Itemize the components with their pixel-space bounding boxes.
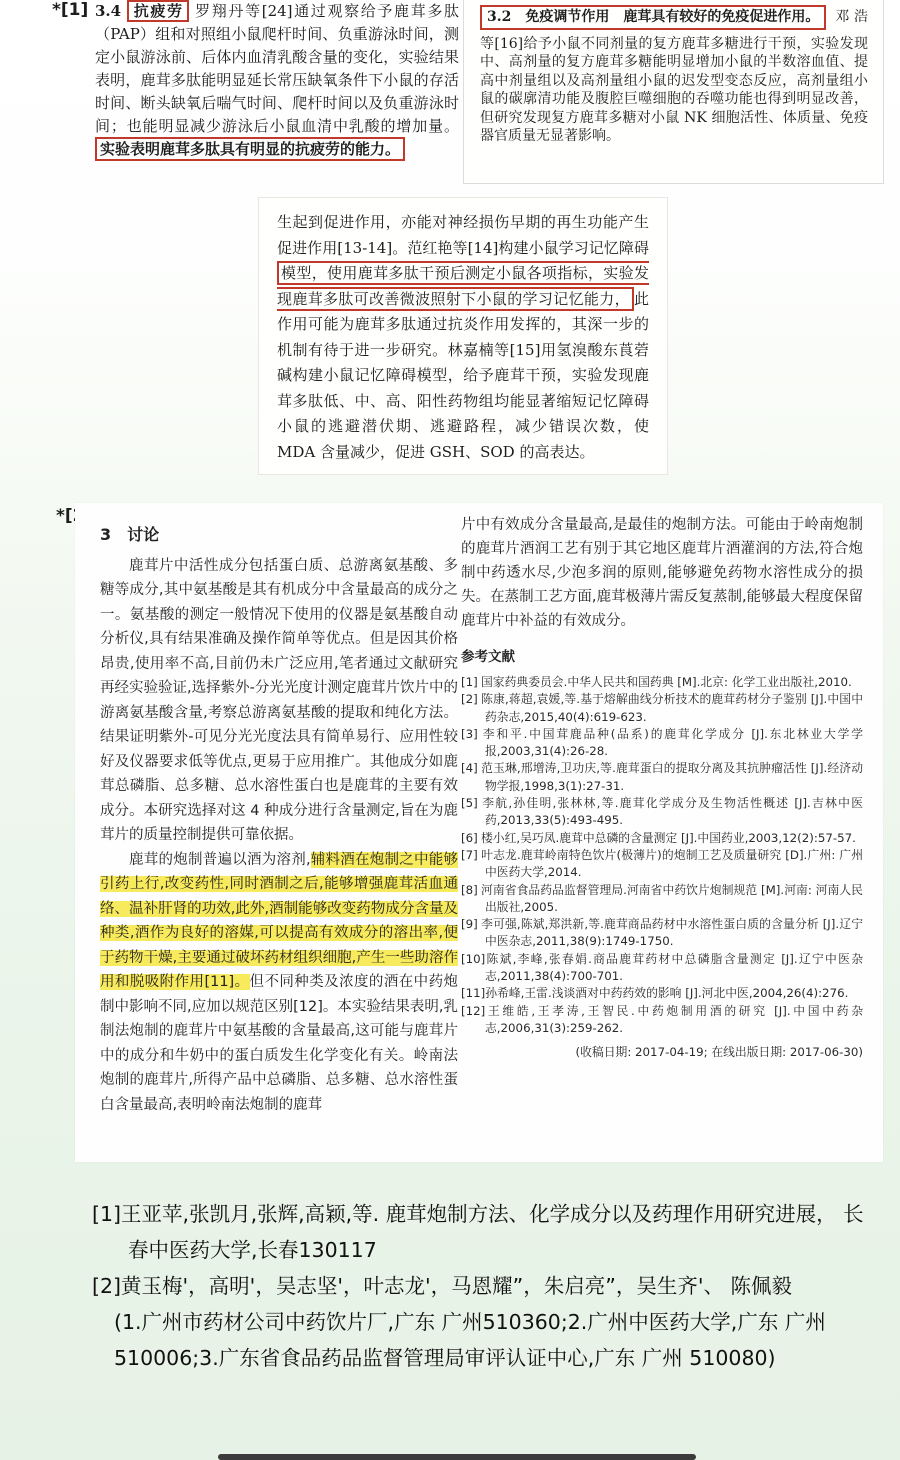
reference-item: [12]王维皓,王孝涛,王智民.中药炮制用酒的研究 [J].中国中药杂志,200…: [461, 1003, 863, 1038]
red-annotation-box-term: 抗疲劳: [127, 0, 189, 22]
reference-number: [9]: [461, 916, 481, 933]
reference-item: [2]陈康,蒋超,袁媛,等.基于熔解曲线分析技术的鹿茸药材分子鉴别 [J].中国…: [461, 691, 863, 726]
reference-number: [6]: [461, 830, 481, 847]
reference-text: 叶志龙.鹿茸岭南特色饮片(极薄片)的炮制工艺及质量研究 [D].广州: 广州中医…: [481, 848, 863, 879]
reference-text: 李和平.中国茸鹿品种(品系)的鹿茸化学成分 [J].东北林业大学学报,2003,…: [481, 727, 863, 758]
red-annotation-box-conclusion: 实验表明鹿茸多肽具有明显的抗疲劳的能力。: [95, 137, 405, 161]
citation-text: 王亚苹,张凯月,张辉,高颖,等. 鹿茸炮制方法、化学成分以及药理作用研究进展， …: [121, 1202, 864, 1262]
excerpt2-card: 3 讨论 鹿茸片中活性成分包括蛋白质、总游离氨基酸、多糖等成分,其中氨基酸是其有…: [75, 503, 883, 1162]
citation-authors-line: [2]黄玉梅'，高明'，吴志坚'，叶志龙'，马恩耀”，朱启亮”，吴生齐'、 陈佩…: [92, 1268, 880, 1304]
citation-number: [2]: [92, 1274, 121, 1298]
middle-paragraph-pre: 生起到促进作用，亦能对神经损伤早期的再生功能产生促进作用[13-14]。范红艳等…: [277, 213, 649, 257]
references-heading: 参考文献: [461, 645, 863, 669]
source-citations: [1]王亚苹,张凯月,张辉,高颖,等. 鹿茸炮制方法、化学成分以及药理作用研究进…: [92, 1196, 880, 1376]
middle-paragraph-post: 此作用可能为鹿茸多肽通过抗炎作用发挥的，其深一步的机制有待于进一步研究。林嘉楠等…: [277, 290, 649, 461]
excerpt1-left-column: 3.4抗疲劳 罗翔丹等[24]通过观察给予鹿茸多肽（PAP）组和对照组小鼠爬杆时…: [95, 0, 459, 161]
reference-item: [11]孙希峰,王雷.浅谈酒对中药药效的影响 [J].河北中医,2004,26(…: [461, 985, 863, 1002]
excerpt1-middle-box: 生起到促进作用，亦能对神经损伤早期的再生功能产生促进作用[13-14]。范红艳等…: [258, 197, 668, 475]
red-annotation-box-heading: 3.2 免疫调节作用 鹿茸具有较好的免疫促进作用。: [480, 5, 826, 30]
reference-number: [1]: [461, 674, 481, 691]
citation-affiliations-line: (1.广州市药材公司中药饮片厂,广东 广州510360;2.广州中医药大学,广东…: [92, 1304, 880, 1376]
reference-item: [4]范玉琳,邢增涛,卫功庆,等.鹿茸蛋白的提取分离及其抗肿瘤活性 [J].经济…: [461, 760, 863, 795]
reference-text: 李可强,陈斌,郑洪新,等.鹿茸商品药材中水溶性蛋白质的含量分析 [J].辽宁中医…: [481, 917, 863, 948]
reference-text: 孙希峰,王雷.浅谈酒对中药药效的影响 [J].河北中医,2004,26(4):2…: [485, 986, 848, 1000]
reference-number: [7]: [461, 847, 481, 864]
reference-number: [4]: [461, 760, 481, 777]
paragraph2-post: 但不同种类及浓度的酒在中药炮制中影响不同,应加以规范区别[12]。本实验结果表明…: [100, 974, 458, 1113]
reference-item: [10]陈斌,李峰,张春娟.商品鹿茸药材中总磷脂含量测定 [J].辽宁中医杂志,…: [461, 951, 863, 986]
reference-item: [3]李和平.中国茸鹿品种(品系)的鹿茸化学成分 [J].东北林业大学学报,20…: [461, 726, 863, 761]
red-annotation-box-middle: 模型，使用鹿茸多肽干预后测定小鼠各项指标，实验发现鹿茸多肽可改善微波照射下小鼠的…: [277, 261, 649, 311]
reference-item: [8]河南省食品药品监督管理局.河南省中药饮片炮制规范 [M].河南: 河南人民…: [461, 882, 863, 917]
reference-text: 陈斌,李峰,张春娟.商品鹿茸药材中总磷脂含量测定 [J].辽宁中医杂志,2011…: [485, 952, 863, 983]
reference-number: [11]: [461, 985, 485, 1002]
reference-number: [12]: [461, 1003, 485, 1020]
excerpt1-right-box: 3.2 免疫调节作用 鹿茸具有较好的免疫促进作用。 邓浩等[16]给予小鼠不同剂…: [463, 0, 884, 184]
yellow-highlight-text: 辅料酒在炮制之中能够引药上行,改变药性,同时酒制之后,能够增强鹿茸活血通络、温补…: [100, 852, 458, 991]
reference-item: [1]国家药典委员会.中华人民共和国药典 [M].北京: 化学工业出版社,201…: [461, 674, 863, 691]
reference-item: [6]楼小红,吴巧凤.鹿茸中总磷的含量测定 [J].中国药业,2003,12(2…: [461, 830, 863, 847]
excerpt2-right-column: 片中有效成分含量最高,是最佳的炮制方法。可能由于岭南炮制的鹿茸片酒润工艺有别于其…: [461, 513, 863, 1064]
excerpt2-left-column: 3 讨论 鹿茸片中活性成分包括蛋白质、总游离氨基酸、多糖等成分,其中氨基酸是其有…: [100, 523, 458, 1117]
discussion-heading: 3 讨论: [100, 523, 458, 548]
reference-text: 陈康,蒋超,袁媛,等.基于熔解曲线分析技术的鹿茸药材分子鉴别 [J].中国中药杂…: [481, 692, 863, 723]
received-dates-line: (收稿日期: 2017-04-19; 在线出版日期: 2017-06-30): [461, 1040, 863, 1064]
excerpt1-marker: *[1]: [52, 0, 88, 20]
bottom-shadow-bar: [218, 1454, 696, 1460]
citation-number: [1]: [92, 1202, 121, 1226]
discussion-paragraph-2: 鹿茸的炮制普遍以酒为溶剂,辅料酒在炮制之中能够引药上行,改变药性,同时酒制之后,…: [100, 848, 458, 1118]
reference-text: 李航,孙佳明,张林林,等.鹿茸化学成分及生物活性概述 [J].吉林中医药,201…: [481, 796, 863, 827]
citation-item-1: [1]王亚苹,张凯月,张辉,高颖,等. 鹿茸炮制方法、化学成分以及药理作用研究进…: [92, 1196, 880, 1268]
citation-text: 黄玉梅'，高明'，吴志坚'，叶志龙'，马恩耀”，朱启亮”，吴生齐'、 陈佩毅: [121, 1274, 792, 1298]
reference-number: [8]: [461, 882, 481, 899]
reference-number: [5]: [461, 795, 481, 812]
reference-text: 范玉琳,邢增涛,卫功庆,等.鹿茸蛋白的提取分离及其抗肿瘤活性 [J].经济动物学…: [481, 761, 863, 792]
citation-item-2: [2]黄玉梅'，高明'，吴志坚'，叶志龙'，马恩耀”，朱启亮”，吴生齐'、 陈佩…: [92, 1268, 880, 1376]
reference-item: [7]叶志龙.鹿茸岭南特色饮片(极薄片)的炮制工艺及质量研究 [D].广州: 广…: [461, 847, 863, 882]
reference-text: 楼小红,吴巧凤.鹿茸中总磷的含量测定 [J].中国药业,2003,12(2):5…: [481, 831, 856, 845]
reference-text: 国家药典委员会.中华人民共和国药典 [M].北京: 化学工业出版社,2010.: [481, 675, 852, 689]
document-page: *[1] 3.4抗疲劳 罗翔丹等[24]通过观察给予鹿茸多肽（PAP）组和对照组…: [0, 0, 900, 1460]
reference-item: [9]李可强,陈斌,郑洪新,等.鹿茸商品药材中水溶性蛋白质的含量分析 [J].辽…: [461, 916, 863, 951]
reference-item: [5]李航,孙佳明,张林林,等.鹿茸化学成分及生物活性概述 [J].吉林中医药,…: [461, 795, 863, 830]
reference-text: 河南省食品药品监督管理局.河南省中药饮片炮制规范 [M].河南: 河南人民出版社…: [481, 883, 863, 914]
reference-text: 王维皓,王孝涛,王智民.中药炮制用酒的研究 [J].中国中药杂志,2006,31…: [485, 1004, 863, 1035]
reference-number: [10]: [461, 951, 485, 968]
discussion-paragraph-1: 鹿茸片中活性成分包括蛋白质、总游离氨基酸、多糖等成分,其中氨基酸是其有机成分中含…: [100, 554, 458, 848]
section-number: 3.4: [95, 2, 121, 20]
reference-number: [2]: [461, 691, 481, 708]
reference-number: [3]: [461, 726, 481, 743]
discussion-paragraph-3: 片中有效成分含量最高,是最佳的炮制方法。可能由于岭南炮制的鹿茸片酒润工艺有别于其…: [461, 513, 863, 633]
paragraph2-pre: 鹿茸的炮制普遍以酒为溶剂,: [129, 852, 311, 868]
